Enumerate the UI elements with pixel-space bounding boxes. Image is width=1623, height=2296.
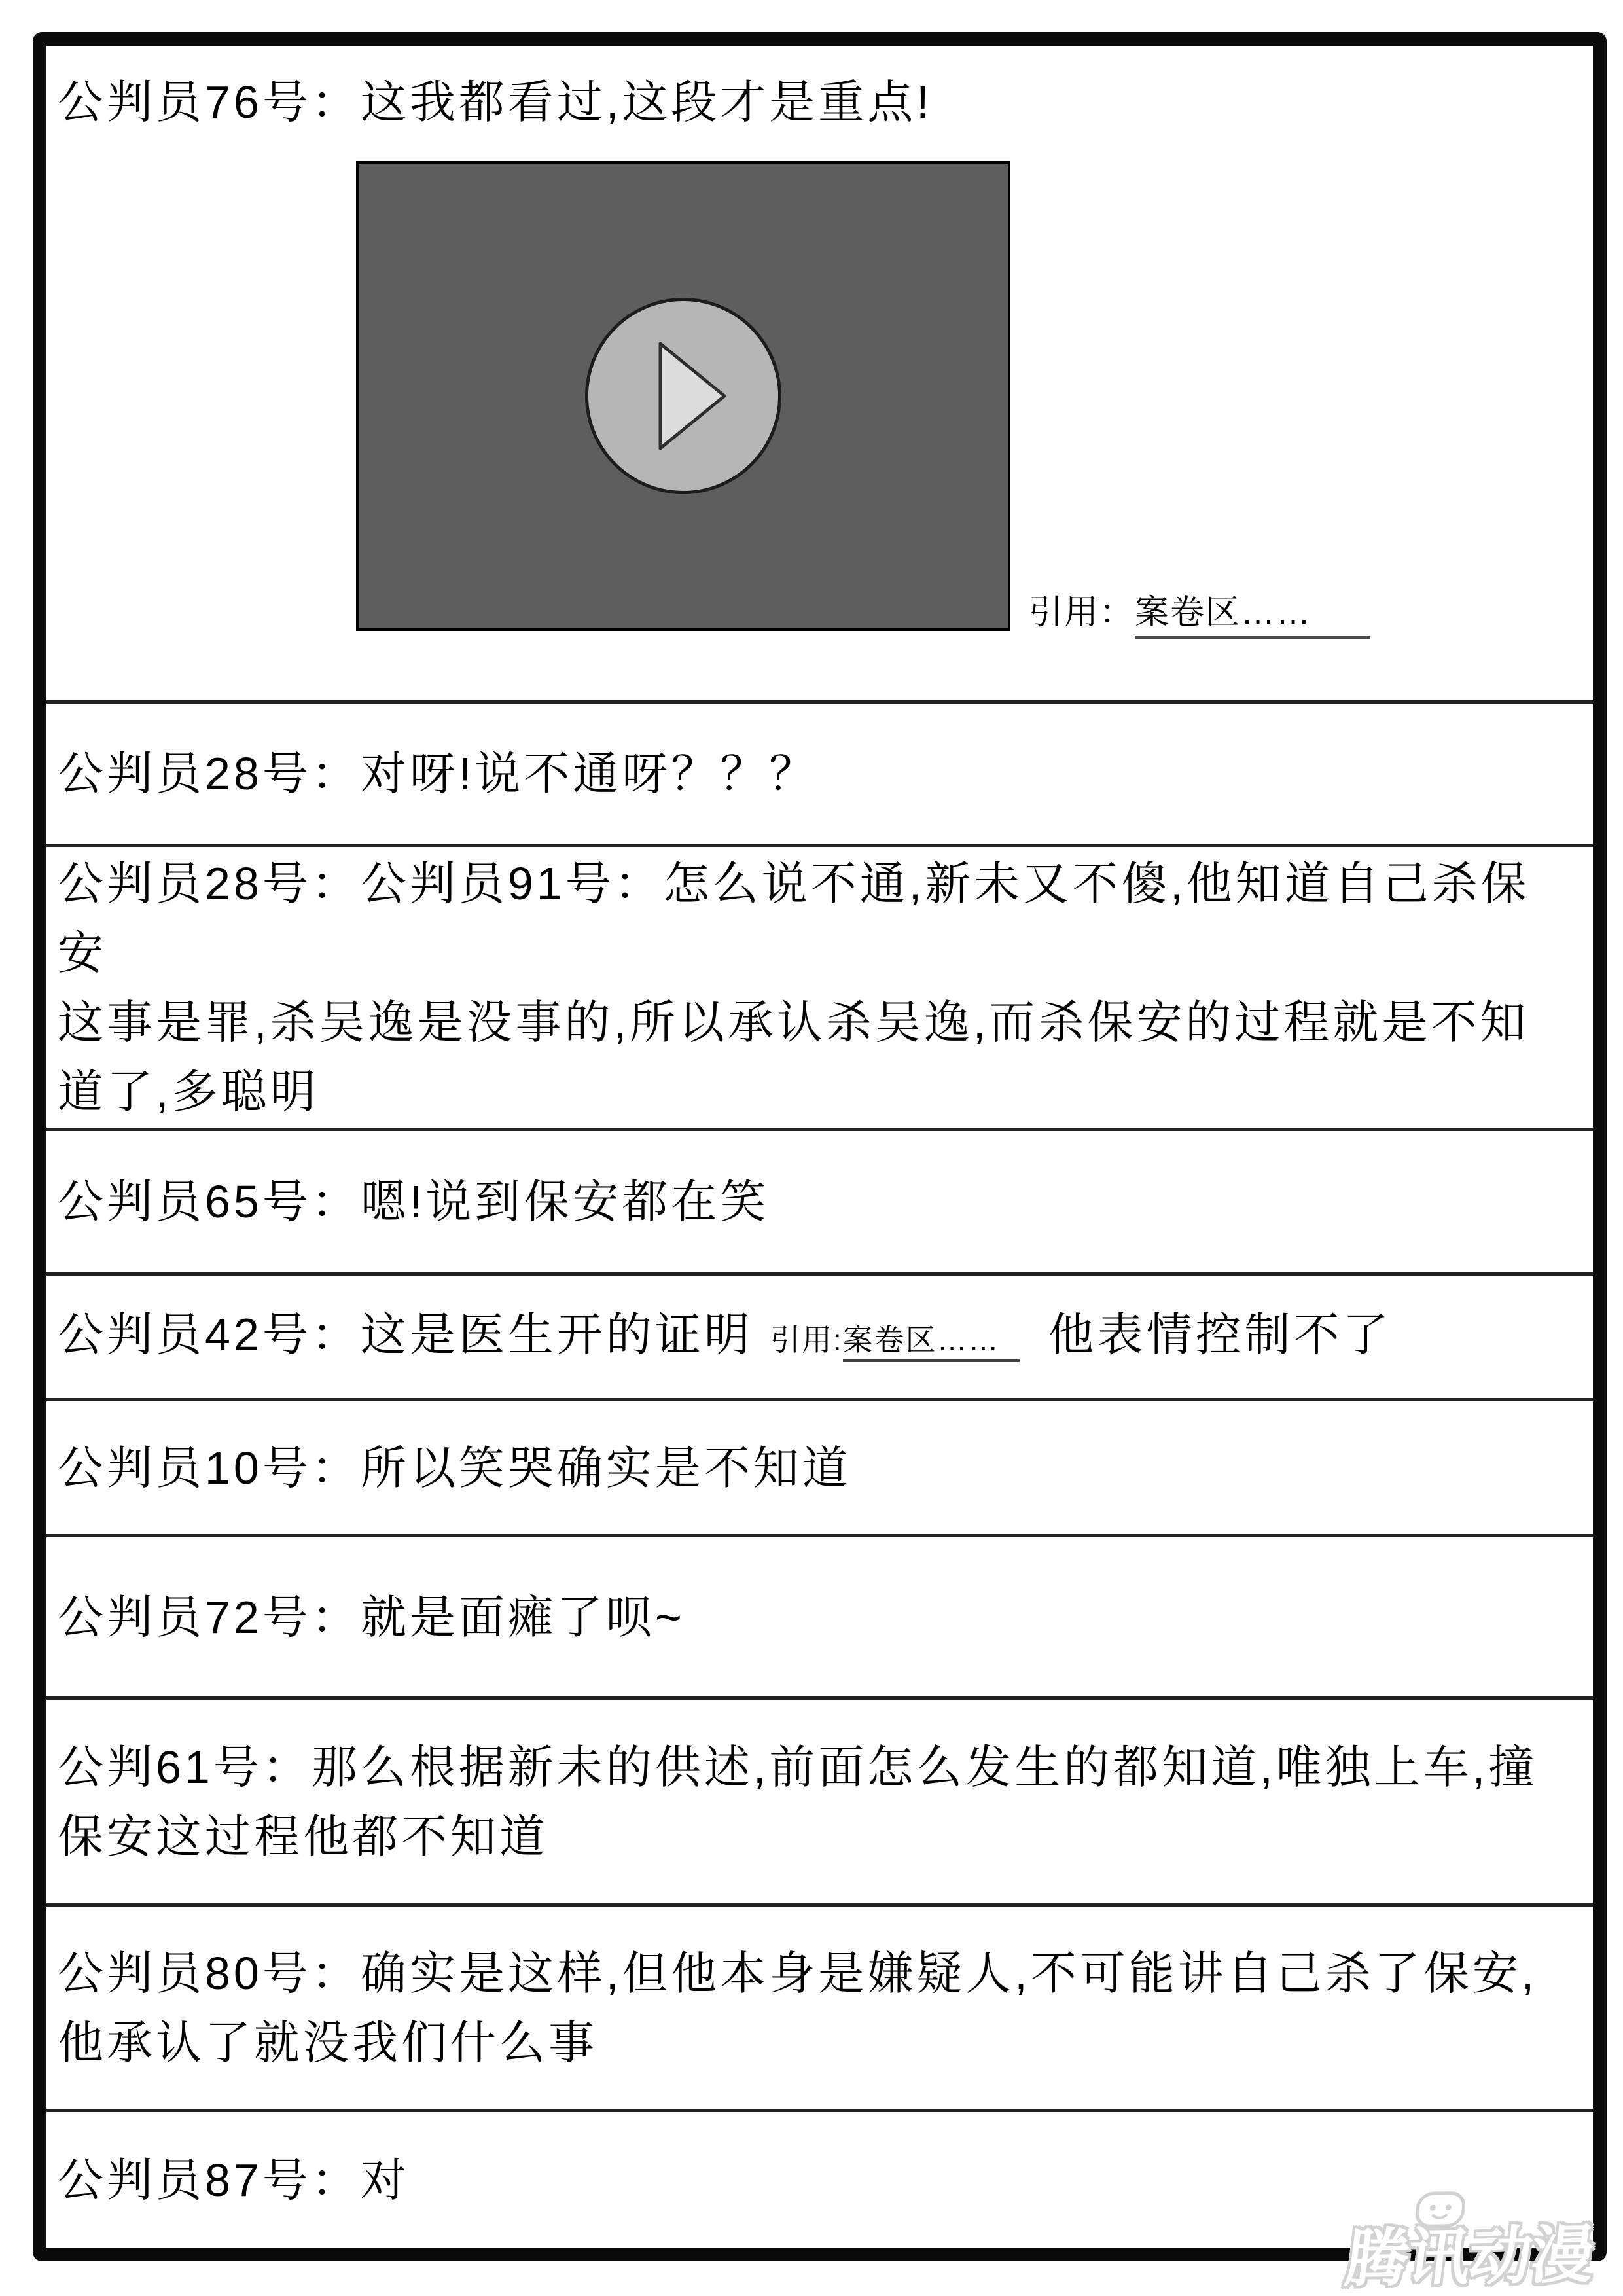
quote-link[interactable]: 案卷区…… xyxy=(1135,594,1370,639)
post-text: 公判员10号：所以笑哭确实是不知道 xyxy=(58,1433,1577,1503)
post-text: 公判61号：那么根据新未的供述,前面怎么发生的都知道,唯独上车,撞 保安这过程他… xyxy=(58,1732,1577,1871)
post-text: 公判员80号：确实是这样,但他本身是嫌疑人,不可能讲自己杀了保安, 他承认了就没… xyxy=(58,1939,1577,2077)
quote-prefix: 引用: xyxy=(770,1323,843,1357)
post-text: 公判员72号：就是面瘫了呗~ xyxy=(58,1583,1577,1652)
post-text: 公判员76号：这我都看过,这段才是重点! xyxy=(58,67,1577,137)
post-text: 公判员28号：对呀!说不通呀？？？ xyxy=(58,739,1577,808)
post-row: 公判员80号：确实是这样,但他本身是嫌疑人,不可能讲自己杀了保安, 他承认了就没… xyxy=(46,1903,1593,2109)
post-text-post: 他表情控制不了 xyxy=(1048,1309,1392,1360)
post-row: 公判员72号：就是面瘫了呗~ xyxy=(46,1534,1593,1696)
post-text: 公判员87号：对 xyxy=(58,2145,1577,2215)
post-text: 公判员65号：嗯!说到保安都在笑 xyxy=(58,1167,1577,1236)
quote-link[interactable]: 案卷区…… xyxy=(843,1323,1020,1362)
post-text: 公判员42号：这是医生开的证明引用:案卷区……他表情控制不了 xyxy=(58,1300,1577,1374)
discussion-board: 公判员76号：这我都看过,这段才是重点! 引用：案卷区…… 公判员28号：对呀!… xyxy=(33,32,1607,2261)
post-row: 公判员42号：这是医生开的证明引用:案卷区……他表情控制不了 xyxy=(46,1272,1593,1398)
post-row: 公判员76号：这我都看过,这段才是重点! 引用：案卷区…… xyxy=(46,46,1593,700)
quote-reference: 引用：案卷区…… xyxy=(1029,584,1370,634)
post-text: 公判员28号：公判员91号：怎么说不通,新未又不傻,他知道自己杀保安 这事是罪,… xyxy=(58,849,1577,1126)
post-row: 公判61号：那么根据新未的供述,前面怎么发生的都知道,唯独上车,撞 保安这过程他… xyxy=(46,1696,1593,1903)
video-player[interactable] xyxy=(356,161,1010,631)
post-row: 公判员28号：公判员91号：怎么说不通,新未又不傻,他知道自己杀保安 这事是罪,… xyxy=(46,844,1593,1128)
post-row: 公判员10号：所以笑哭确实是不知道 xyxy=(46,1398,1593,1534)
post-row: 公判员28号：对呀!说不通呀？？？ xyxy=(46,700,1593,844)
post-row: 公判员65号：嗯!说到保安都在笑 xyxy=(46,1128,1593,1272)
quote-prefix: 引用： xyxy=(1029,594,1135,632)
tencent-comics-watermark: 腾讯动漫 xyxy=(1341,2205,1599,2296)
watermark-text: 腾讯动漫 xyxy=(1342,2220,1597,2295)
video-line: 引用：案卷区…… xyxy=(58,161,1577,631)
quote-reference: 引用:案卷区…… xyxy=(770,1305,1020,1374)
mascot-face-icon xyxy=(1412,2190,1468,2229)
post-text-pre: 公判员42号：这是医生开的证明 xyxy=(58,1309,753,1360)
play-button[interactable] xyxy=(585,298,781,494)
play-icon xyxy=(657,340,729,452)
